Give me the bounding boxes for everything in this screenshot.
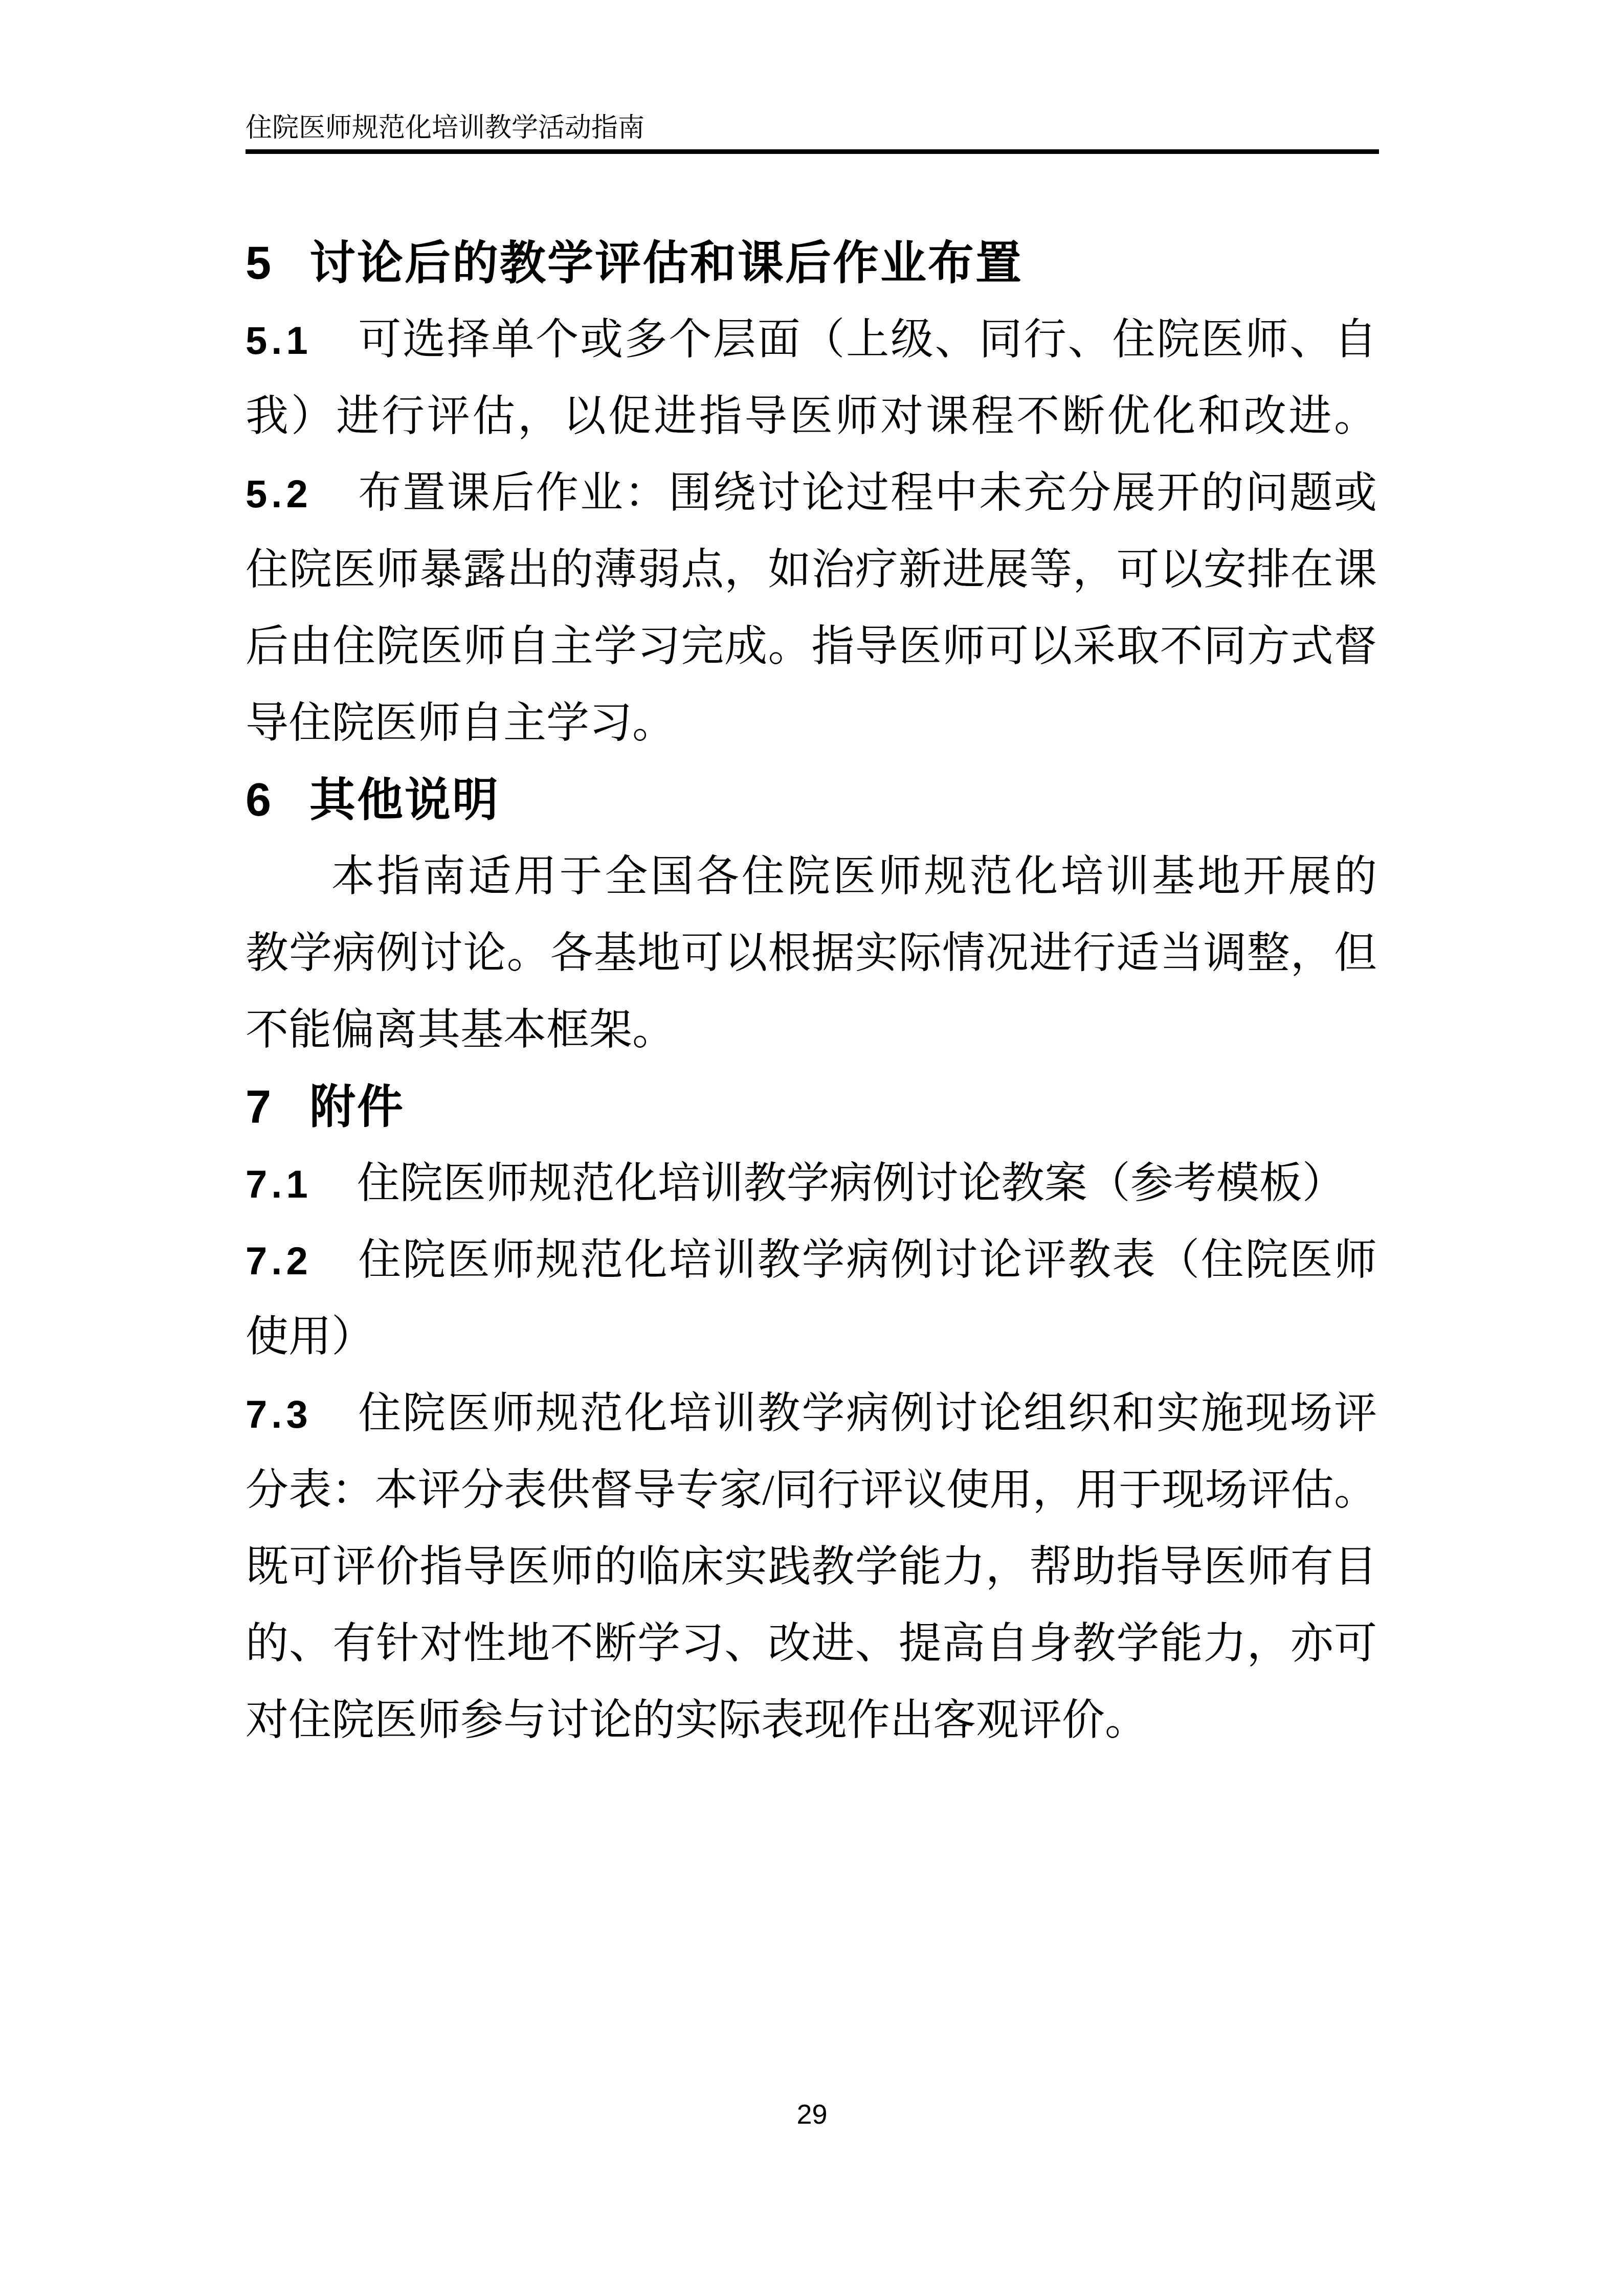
document-body: 5讨论后的教学评估和课后作业布置 5.1可选择单个或多个层面（上级、同行、住院医…: [246, 225, 1377, 1759]
para-7-2-line-2-text: 使用）: [246, 1313, 374, 1361]
para-5-2-line-1-text: 布置课后作业：围绕讨论过程中未充分展开的问题或: [357, 469, 1377, 517]
section-6-heading: 6其他说明: [246, 762, 1377, 839]
running-header-title: 住院医师规范化培训教学活动指南: [246, 114, 644, 143]
para-5-1-line-1-text: 可选择单个或多个层面（上级、同行、住院医师、自: [357, 316, 1377, 364]
section-6-title: 其他说明: [309, 775, 500, 826]
para-5-2-line-3: 后由住院医师自主学习完成。指导医师可以采取不同方式督: [246, 609, 1377, 685]
para-7-2-line-2: 使用）: [246, 1299, 1377, 1376]
para-6-line-2: 教学病例讨论。各基地可以根据实际情况进行适当调整，但: [246, 915, 1377, 992]
header-rule: [246, 149, 1379, 154]
para-7-3-line-2: 分表：本评分表供督导专家/同行评议使用，用于现场评估。: [246, 1452, 1377, 1529]
para-7-3-line-1: 7.3住院医师规范化培训教学病例讨论组织和实施现场评: [246, 1376, 1377, 1452]
page-number: 29: [0, 2094, 1624, 2135]
para-7-1-line-1: 7.1住院医师规范化培训教学病例讨论教案（参考模板）: [246, 1145, 1377, 1222]
document-page: 住院医师规范化培训教学活动指南 5讨论后的教学评估和课后作业布置 5.1可选择单…: [0, 0, 1624, 2296]
para-5-2-line-4: 导住院医师自主学习。: [246, 685, 1377, 762]
para-5-1-line-1: 5.1可选择单个或多个层面（上级、同行、住院医师、自: [246, 302, 1377, 378]
section-7-title: 附件: [309, 1082, 405, 1133]
para-7-3-line-1-text: 住院医师规范化培训教学病例讨论组织和实施现场评: [357, 1390, 1377, 1437]
para-6-line-1-text: 本指南适用于全国各住院医师规范化培训基地开展的: [331, 853, 1377, 901]
para-6-line-2-text: 教学病例讨论。各基地可以根据实际情况进行适当调整，但: [246, 930, 1377, 977]
para-5-1-line-2-text: 我）进行评估，以促进指导医师对课程不断优化和改进。: [246, 393, 1377, 440]
section-5-heading: 5讨论后的教学评估和课后作业布置: [246, 225, 1377, 302]
para-7-3-line-5-text: 对住院医师参与讨论的实际表现作出客观评价。: [246, 1697, 1148, 1744]
para-7-1-line-1-text: 住院医师规范化培训教学病例讨论教案（参考模板）: [357, 1160, 1345, 1207]
section-5-title: 讨论后的教学评估和课后作业布置: [309, 238, 1023, 289]
section-5-number: 5: [246, 238, 271, 289]
para-5-1-line-2: 我）进行评估，以促进指导医师对课程不断优化和改进。: [246, 378, 1377, 455]
item-5-2-number: 5.2: [246, 472, 312, 516]
para-7-3-line-3-text: 既可评价指导医师的临床实践教学能力，帮助指导医师有目: [246, 1543, 1377, 1591]
para-7-3-line-4: 的、有针对性地不断学习、改进、提高自身教学能力，亦可: [246, 1606, 1377, 1682]
item-7-1-number: 7.1: [246, 1163, 312, 1206]
running-header: 住院医师规范化培训教学活动指南: [246, 114, 644, 143]
para-7-2-line-1: 7.2住院医师规范化培训教学病例讨论评教表（住院医师: [246, 1222, 1377, 1299]
para-7-3-line-3: 既可评价指导医师的临床实践教学能力，帮助指导医师有目: [246, 1529, 1377, 1606]
section-6-number: 6: [246, 775, 271, 826]
section-7-heading: 7附件: [246, 1069, 1377, 1145]
item-7-2-number: 7.2: [246, 1240, 312, 1283]
para-5-2-line-1: 5.2布置课后作业：围绕讨论过程中未充分展开的问题或: [246, 455, 1377, 532]
para-7-3-line-2-text: 分表：本评分表供督导专家/同行评议使用，用于现场评估。: [246, 1467, 1377, 1514]
section-7-number: 7: [246, 1082, 271, 1133]
item-5-1-number: 5.1: [246, 319, 312, 363]
para-5-2-line-2-text: 住院医师暴露出的薄弱点，如治疗新进展等，可以安排在课: [246, 546, 1377, 594]
para-7-3-line-5: 对住院医师参与讨论的实际表现作出客观评价。: [246, 1682, 1377, 1759]
para-6-line-1: 本指南适用于全国各住院医师规范化培训基地开展的: [246, 839, 1377, 915]
para-6-line-3-text: 不能偏离其基本框架。: [246, 1006, 675, 1054]
para-6-line-3: 不能偏离其基本框架。: [246, 992, 1377, 1069]
para-7-3-line-4-text: 的、有针对性地不断学习、改进、提高自身教学能力，亦可: [246, 1620, 1377, 1668]
para-5-2-line-3-text: 后由住院医师自主学习完成。指导医师可以采取不同方式督: [246, 623, 1377, 670]
item-7-3-number: 7.3: [246, 1393, 312, 1436]
para-5-2-line-2: 住院医师暴露出的薄弱点，如治疗新进展等，可以安排在课: [246, 532, 1377, 609]
para-5-2-line-4-text: 导住院医师自主学习。: [246, 700, 675, 747]
para-7-2-line-1-text: 住院医师规范化培训教学病例讨论评教表（住院医师: [357, 1236, 1377, 1284]
